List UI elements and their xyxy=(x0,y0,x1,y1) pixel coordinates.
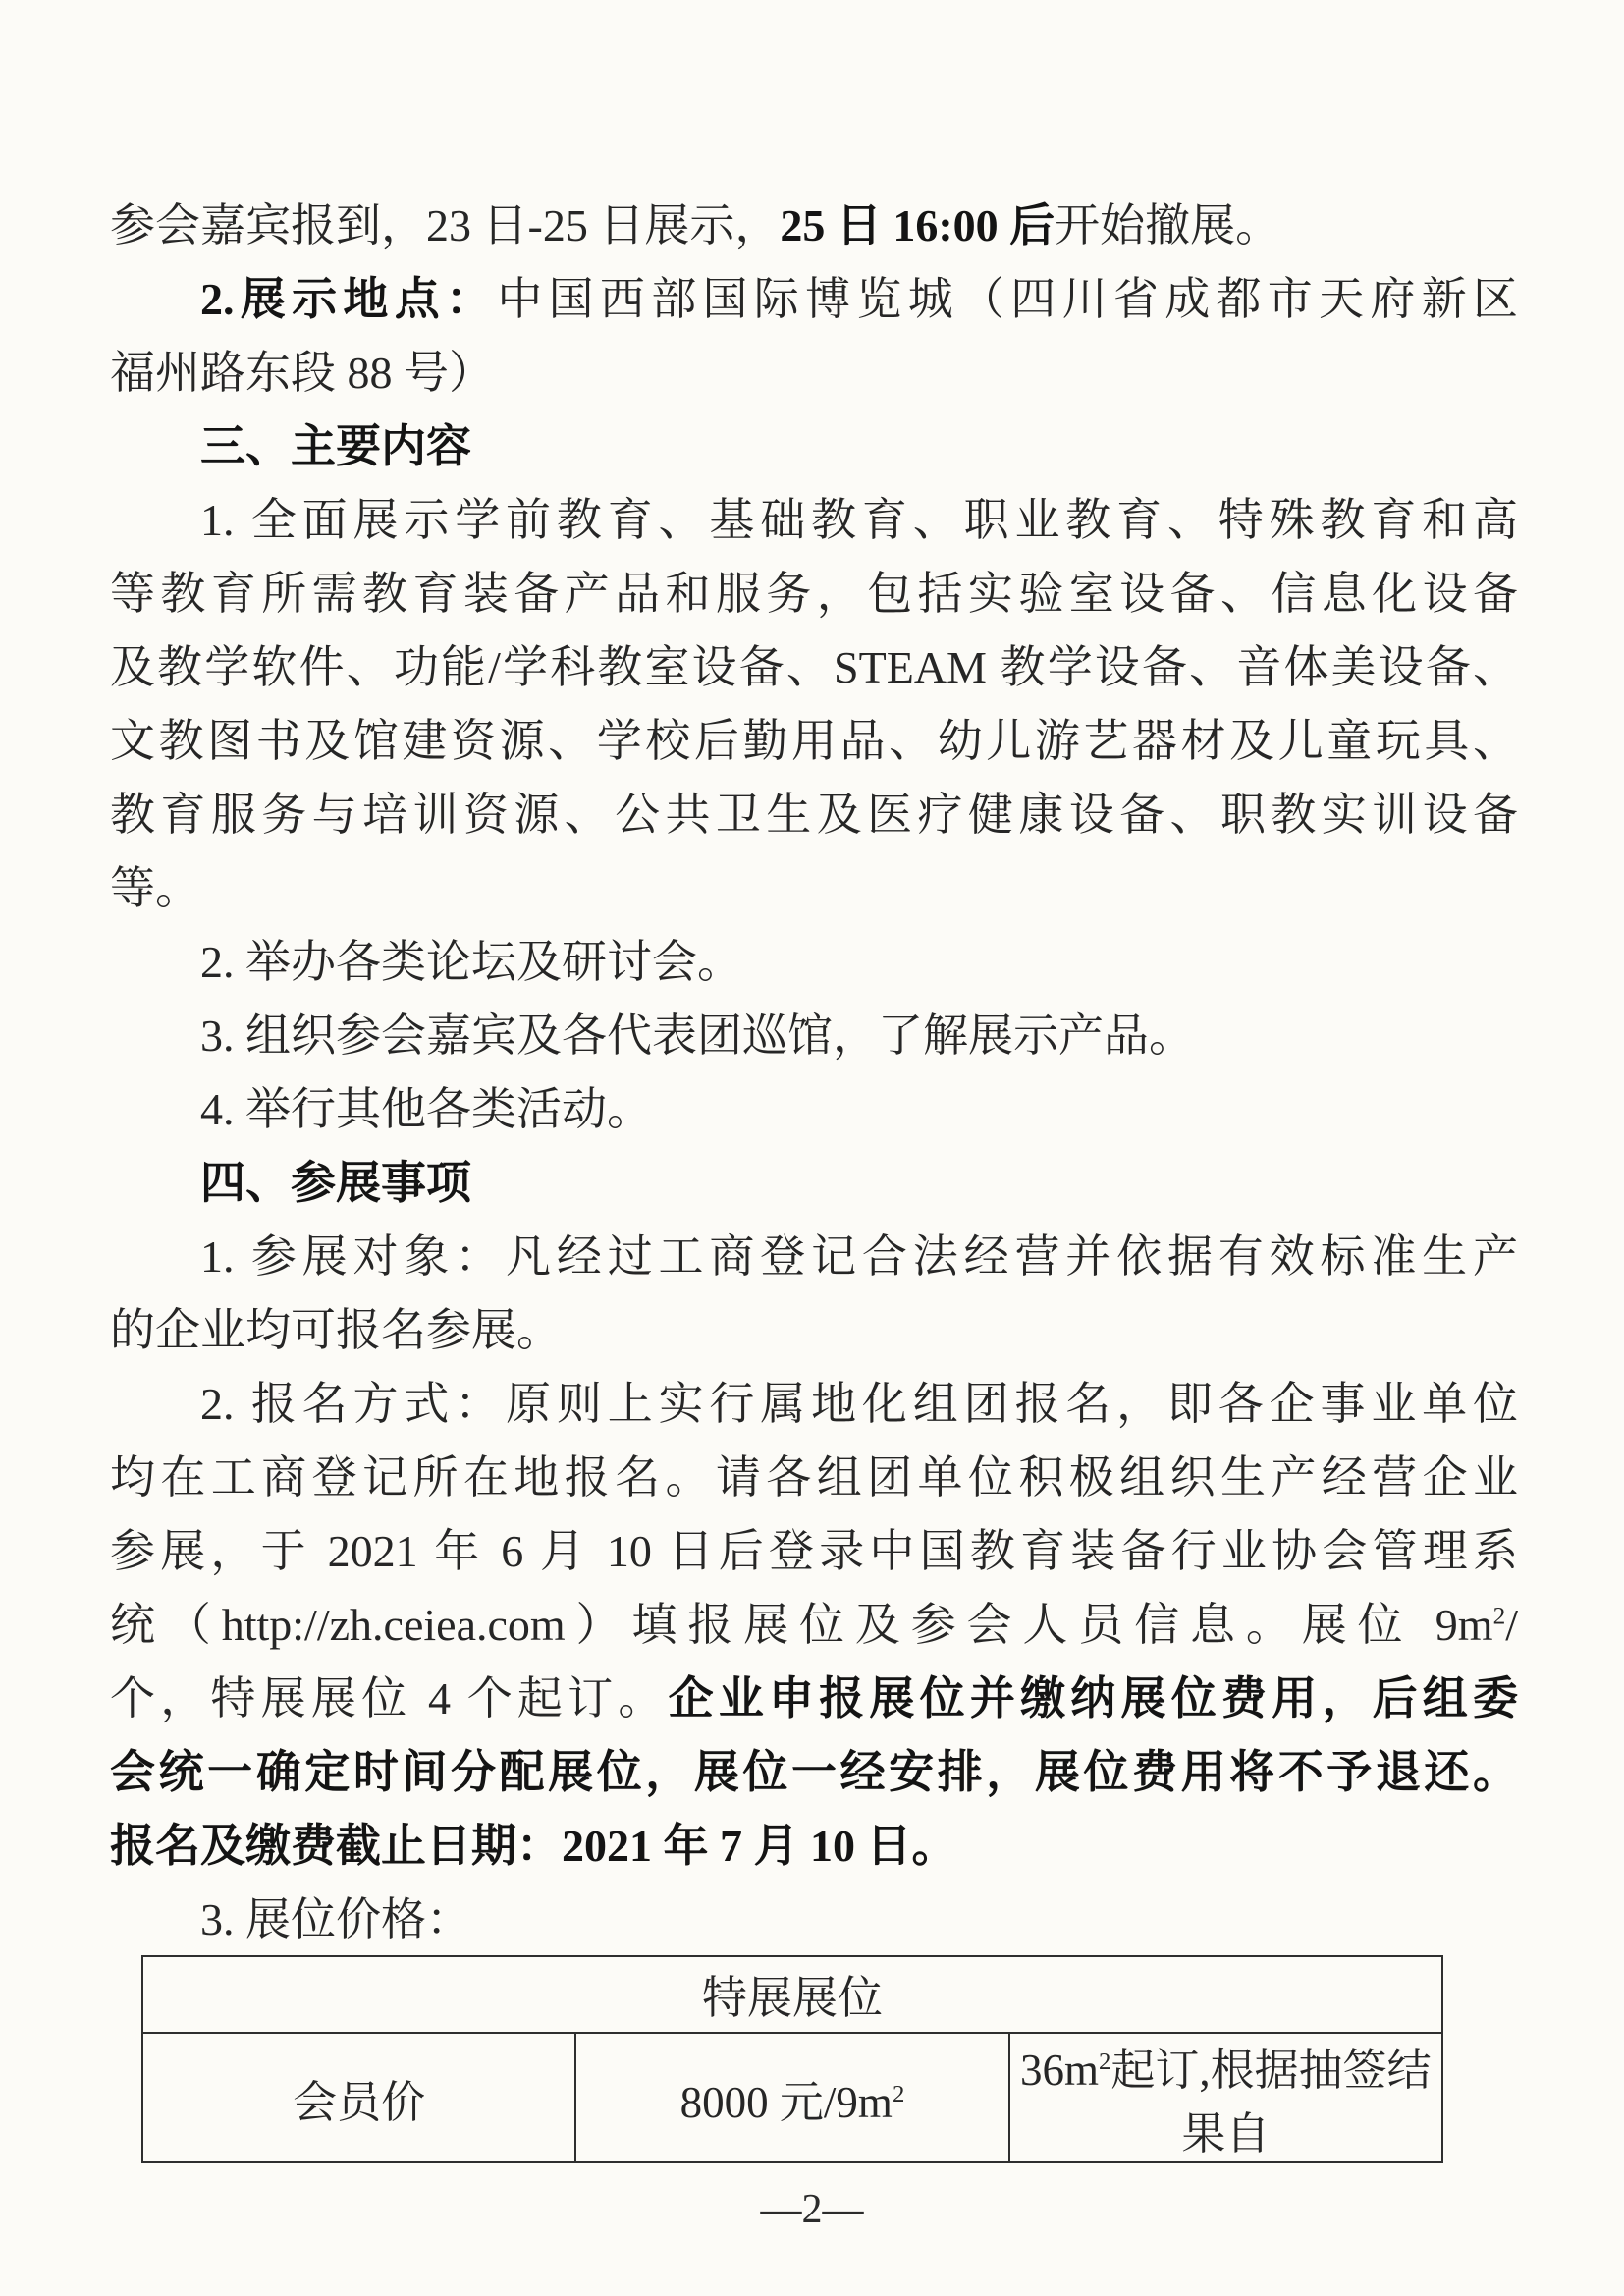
price-table: 特展展位 会员价 8000 元/9m2 36m2起订,根据抽签结果自 xyxy=(141,1955,1443,2163)
text-run: 36m xyxy=(1020,2046,1099,2095)
text-run-bold: 会统一确定时间分配展位，展位一经安排，展位费用将不予退还。 xyxy=(110,1747,1518,1797)
doc-line-venue-address: 福州路东段 88 号） xyxy=(110,336,1518,410)
cell-booking-note: 36m2起订,根据抽签结果自 xyxy=(1009,2033,1442,2162)
doc-line-booth-price: 3. 展位价格： xyxy=(110,1883,1518,1956)
doc-line-deadline: 报名及缴费截止日期：2021 年 7 月 10 日。 xyxy=(110,1809,1518,1883)
doc-line-other-activities: 4. 举行其他各类活动。 xyxy=(110,1072,1518,1146)
document-body: 参会嘉宾报到，23 日-25 日展示，25 日 16:00 后开始撤展。 2.展… xyxy=(110,189,1518,1956)
table-header-special-booth: 特展展位 xyxy=(142,1956,1442,2033)
cell-member-price-label: 会员价 xyxy=(142,2033,575,2162)
text-run: 统（http://zh.ceiea.com）填报展位及参会人员信息。展位 9m xyxy=(110,1600,1493,1650)
doc-line: 1. 全面展示学前教育、基础教育、职业教育、特殊教育和高 xyxy=(110,483,1518,557)
doc-line-forums: 2. 举办各类论坛及研讨会。 xyxy=(110,925,1518,999)
doc-line-booth-payment: 个，特展展位 4 个起订。企业申报展位并缴纳展位费用，后组委 xyxy=(110,1662,1518,1735)
doc-line-dismantle-schedule: 参会嘉宾报到，23 日-25 日展示，25 日 16:00 后开始撤展。 xyxy=(110,189,1518,262)
doc-line: 教育服务与培训资源、公共卫生及医疗健康设备、职教实训设备 xyxy=(110,778,1518,851)
doc-line-registration-site: 统（http://zh.ceiea.com）填报展位及参会人员信息。展位 9m2… xyxy=(110,1588,1518,1662)
doc-line: 及教学软件、功能/学科教室设备、STEAM 教学设备、音体美设备、 xyxy=(110,630,1518,704)
doc-line: 的企业均可报名参展。 xyxy=(110,1293,1518,1367)
doc-line: 2. 报名方式：原则上实行属地化组团报名，即各企事业单位 xyxy=(110,1367,1518,1441)
text-run-bold: 报名及缴费截止日期：2021 年 7 月 10 日。 xyxy=(110,1821,957,1871)
page-number: —2— xyxy=(0,2186,1624,2233)
text-run: 开始撤展。 xyxy=(1055,200,1280,250)
table-header-row: 特展展位 xyxy=(142,1956,1442,2033)
doc-line: 1. 参展对象：凡经过工商登记合法经营并依据有效标准生产 xyxy=(110,1220,1518,1293)
scanned-document-page: 参会嘉宾报到，23 日-25 日展示，25 日 16:00 后开始撤展。 2.展… xyxy=(0,0,1624,2296)
cell-member-price-value: 8000 元/9m2 xyxy=(575,2033,1008,2162)
doc-line: 参展，于 2021 年 6 月 10 日后登录中国教育装备行业协会管理系 xyxy=(110,1514,1518,1588)
doc-line-no-refund: 会统一确定时间分配展位，展位一经安排，展位费用将不予退还。 xyxy=(110,1735,1518,1809)
doc-line: 均在工商登记所在地报名。请各组团单位积极组织生产经营企业 xyxy=(110,1441,1518,1514)
text-run: 参会嘉宾报到，23 日-25 日展示， xyxy=(110,200,780,250)
section-heading-main-content: 三、主要内容 xyxy=(110,410,1518,483)
superscript: 2 xyxy=(893,2081,904,2107)
text-run-bold: 2.展示地点： xyxy=(200,274,497,324)
doc-line: 文教图书及馆建资源、学校后勤用品、幼儿游艺器材及儿童玩具、 xyxy=(110,704,1518,778)
text-run-bold: 25 日 16:00 后 xyxy=(780,200,1055,250)
text-run: 个，特展展位 4 个起订。 xyxy=(110,1673,669,1723)
doc-line: 等。 xyxy=(110,851,1518,925)
text-run: 中国西部国际博览城（四川省成都市天府新区 xyxy=(497,274,1518,324)
superscript: 2 xyxy=(1493,1603,1506,1630)
text-run-bold: 企业申报展位并缴纳展位费用，后组委 xyxy=(669,1673,1518,1723)
section-heading-exhibition-matters: 四、参展事项 xyxy=(110,1146,1518,1220)
doc-line-venue: 2.展示地点：中国西部国际博览城（四川省成都市天府新区 xyxy=(110,262,1518,336)
text-run: 起订,根据抽签结果自 xyxy=(1110,2046,1431,2159)
text-run: / xyxy=(1505,1600,1518,1650)
doc-line: 等教育所需教育装备产品和服务，包括实验室设备、信息化设备 xyxy=(110,557,1518,630)
doc-line-tours: 3. 组织参会嘉宾及各代表团巡馆，了解展示产品。 xyxy=(110,999,1518,1072)
superscript: 2 xyxy=(1099,2049,1110,2075)
text-run: 8000 元/9m xyxy=(680,2078,893,2127)
table-row: 会员价 8000 元/9m2 36m2起订,根据抽签结果自 xyxy=(142,2033,1442,2162)
